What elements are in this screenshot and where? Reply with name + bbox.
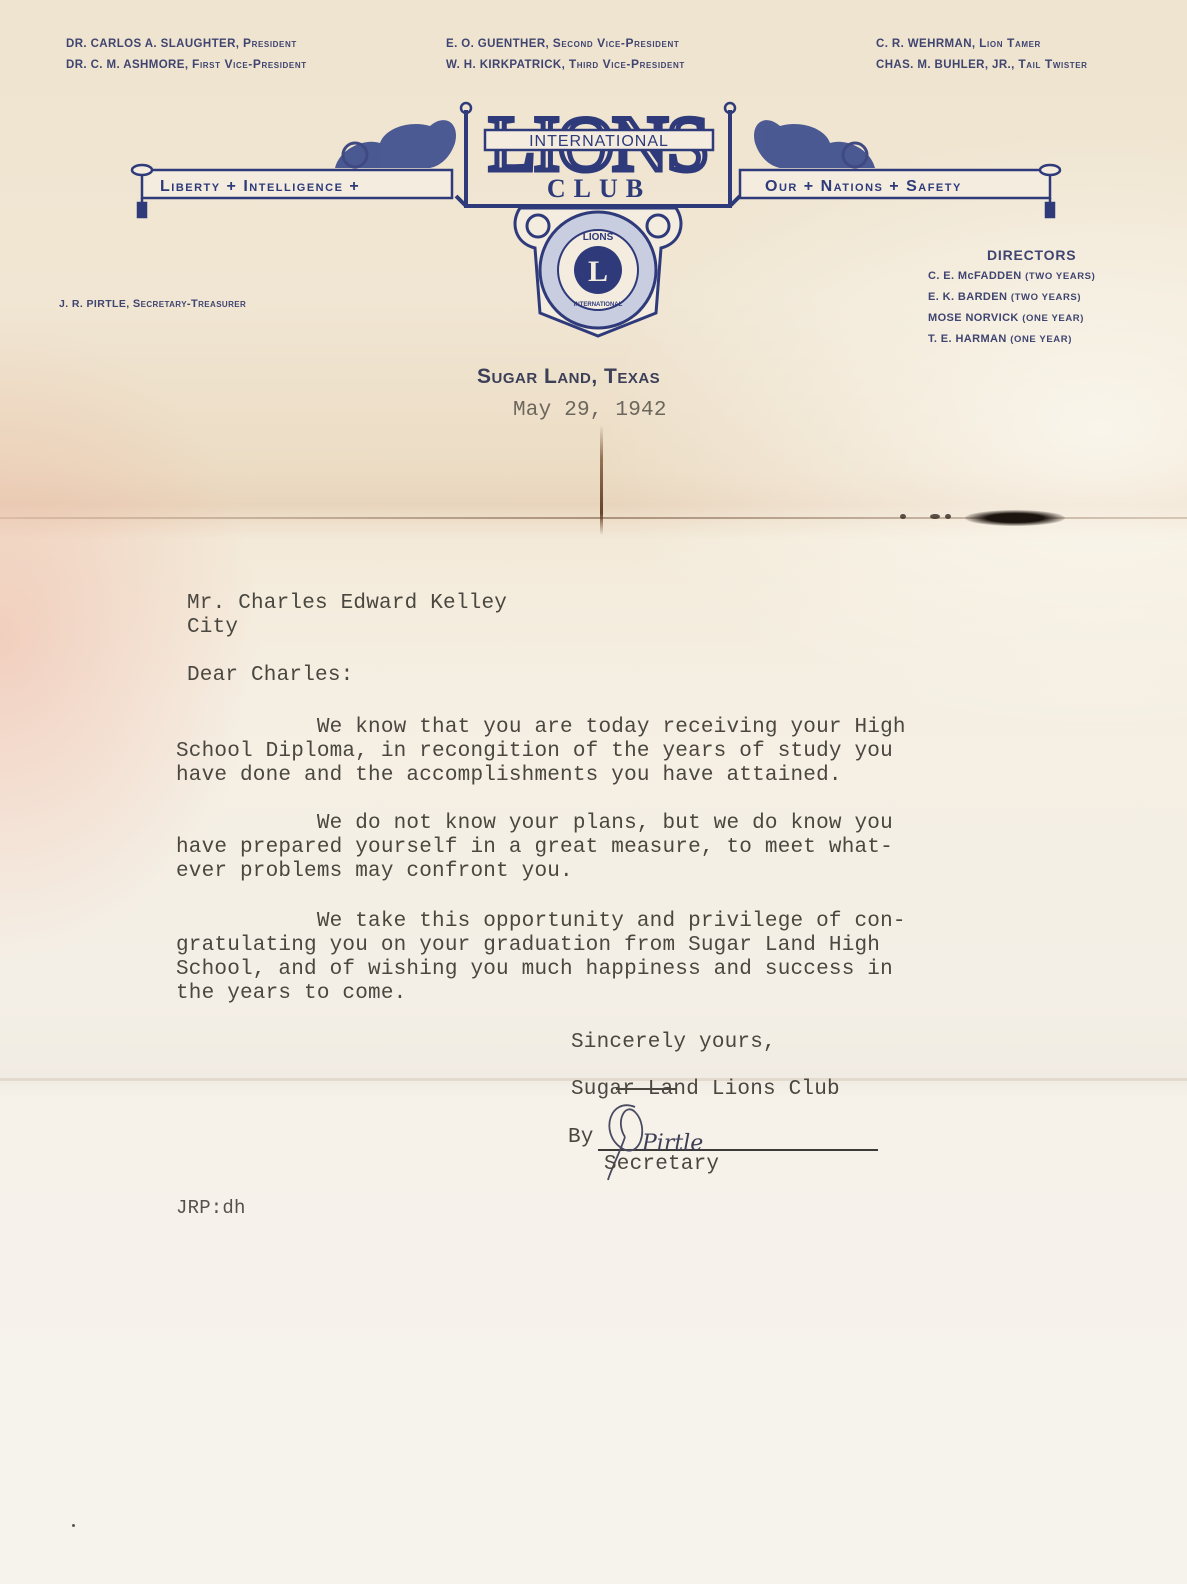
lions-emblem: L LIONS INTERNATIONAL: [515, 208, 681, 336]
speck: [72, 1524, 75, 1527]
directors-heading: DIRECTORS: [968, 247, 1095, 263]
body-paragraph: We take this opportunity and privilege o…: [176, 910, 906, 1006]
scroll-end-icon: [1040, 165, 1060, 175]
emblem-letter: L: [588, 255, 608, 288]
salutation: Dear Charles:: [187, 664, 353, 688]
left-banner-text: Liberty + Intelligence +: [160, 178, 360, 195]
officers-middle: E. O. GUENTHER, Second Vice-President W.…: [446, 33, 685, 75]
typist-initials: JRP:dh: [176, 1196, 246, 1220]
closing: Sincerely yours,: [571, 1031, 776, 1055]
officer-entry: DR. CARLOS A. SLAUGHTER, President: [66, 33, 307, 54]
directors-list: DIRECTORS C. E. McFADDEN (TWO YEARS) E. …: [928, 247, 1095, 350]
officer-entry: W. H. KIRKPATRICK, Third Vice-President: [446, 54, 685, 75]
officer-entry: C. R. WEHRMAN, Lion Tamer: [876, 33, 1088, 54]
secretary-treasurer: J. R. PIRTLE, Secretary-Treasurer: [59, 298, 246, 310]
logo-band-word: INTERNATIONAL: [529, 133, 669, 150]
burn-mark: [930, 514, 940, 519]
scroll-knob-icon: [1046, 203, 1054, 217]
officer-entry: CHAS. M. BUHLER, JR., Tail Twister: [876, 54, 1088, 75]
officers-left: DR. CARLOS A. SLAUGHTER, President DR. C…: [66, 33, 307, 75]
letterhead-location: Sugar Land, Texas: [477, 365, 660, 389]
director-entry: MOSE NORVICK (ONE YEAR): [928, 308, 1095, 329]
body-paragraph: We know that you are today receiving you…: [176, 716, 906, 788]
burn-mark: [945, 514, 951, 519]
right-banner-text: Our + Nations + Safety: [765, 178, 962, 195]
burn-mark: [900, 514, 906, 519]
fold-tear: [600, 425, 603, 535]
officers-right: C. R. WEHRMAN, Lion Tamer CHAS. M. BUHLE…: [876, 33, 1088, 75]
strikethrough-mark: [616, 1088, 676, 1090]
director-entry: T. E. HARMAN (ONE YEAR): [928, 329, 1095, 350]
body-paragraph: We do not know your plans, but we do kno…: [176, 812, 893, 884]
scroll-knob-icon: [138, 203, 146, 217]
officer-entry: DR. C. M. ASHMORE, First Vice-President: [66, 54, 307, 75]
emblem-top-text: LIONS: [583, 232, 614, 243]
signer-title: Secretary: [604, 1153, 719, 1177]
logo-sub-word: CLUB: [547, 174, 651, 203]
emblem-bottom-text: INTERNATIONAL: [574, 302, 623, 308]
recipient-address: Mr. Charles Edward Kelley City: [187, 592, 507, 640]
scroll-end-icon: [132, 165, 152, 175]
letter-date: May 29, 1942: [513, 399, 667, 423]
burn-mark: [965, 510, 1065, 526]
director-entry: C. E. McFADDEN (TWO YEARS): [928, 266, 1095, 287]
director-entry: E. K. BARDEN (TWO YEARS): [928, 287, 1095, 308]
officer-entry: E. O. GUENTHER, Second Vice-President: [446, 33, 685, 54]
